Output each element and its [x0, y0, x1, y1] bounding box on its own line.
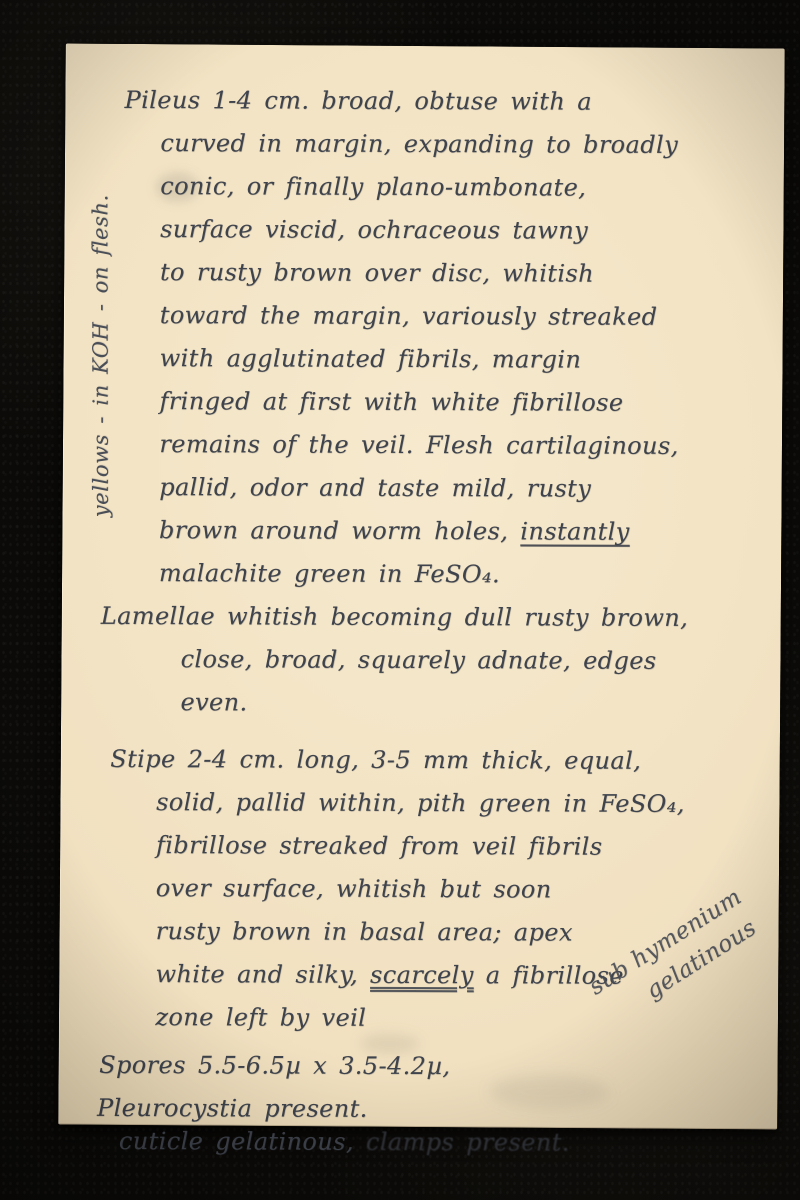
underlined-word: instantly — [520, 517, 629, 545]
handwritten-line: to rusty brown over disc, whitish — [160, 251, 764, 296]
handwritten-line: Lamellae whitish becoming dull rusty bro… — [101, 595, 763, 640]
handwritten-line: close, broad, squarely adnate, edges — [181, 638, 763, 683]
cuticle-line: cuticle gelatinous, clamps present. — [119, 1120, 761, 1165]
handwritten-line: fibrillose streaked from veil fibrils — [156, 824, 762, 869]
handwritten-line: over surface, whitish but soon — [156, 867, 762, 912]
handwritten-line: Stipe 2-4 cm. long, 3-5 mm thick, equal, — [110, 738, 762, 783]
handwritten-line: fringed at first with white fibrillose — [159, 380, 763, 425]
lamellae-paragraph: Lamellae whitish becoming dull rusty bro… — [92, 595, 762, 726]
line-text: white and silky, — [155, 960, 370, 989]
spores-line: Spores 5.5-6.5µ x 3.5-4.2µ, — [99, 1044, 761, 1089]
pileus-paragraph: Pileus 1-4 cm. broad, obtuse with a curv… — [93, 79, 765, 597]
handwritten-line: remains of the veil. Flesh cartilaginous… — [159, 423, 763, 468]
line-text: cuticle gelatinous, — [119, 1127, 366, 1156]
handwritten-line: curved in margin, expanding to broadly — [160, 122, 764, 167]
handwritten-line: even. — [180, 681, 762, 726]
handwritten-line: solid, pallid within, pith green in FeSO… — [156, 781, 762, 826]
handwritten-line: surface viscid, ochraceous tawny — [160, 208, 764, 253]
smudged-text: clamps present. — [366, 1128, 570, 1157]
handwritten-line: pallid, odor and taste mild, rusty — [159, 466, 763, 511]
handwritten-line: malachite green in FeSO₄. — [159, 552, 763, 597]
handwritten-line: conic, or finally plano-umbonate, — [160, 165, 764, 210]
handwritten-line: zone left by veil — [155, 996, 761, 1041]
photo-background: yellows - in KOH - on flesh. Pileus 1-4 … — [0, 0, 800, 1200]
handwritten-line: Pileus 1-4 cm. broad, obtuse with a — [124, 79, 764, 124]
underlined-word: scarcely — [370, 961, 474, 989]
microscopy-paragraph: Spores 5.5-6.5µ x 3.5-4.2µ, Pleurocystia… — [91, 1044, 761, 1165]
handwritten-line: brown around worm holes, instantly — [159, 509, 763, 554]
handwritten-line: toward the margin, variously streaked — [160, 294, 764, 339]
index-card: yellows - in KOH - on flesh. Pileus 1-4 … — [58, 44, 785, 1130]
handwritten-line: with agglutinated fibrils, margin — [160, 337, 764, 382]
line-text: brown around worm holes, — [159, 516, 520, 545]
